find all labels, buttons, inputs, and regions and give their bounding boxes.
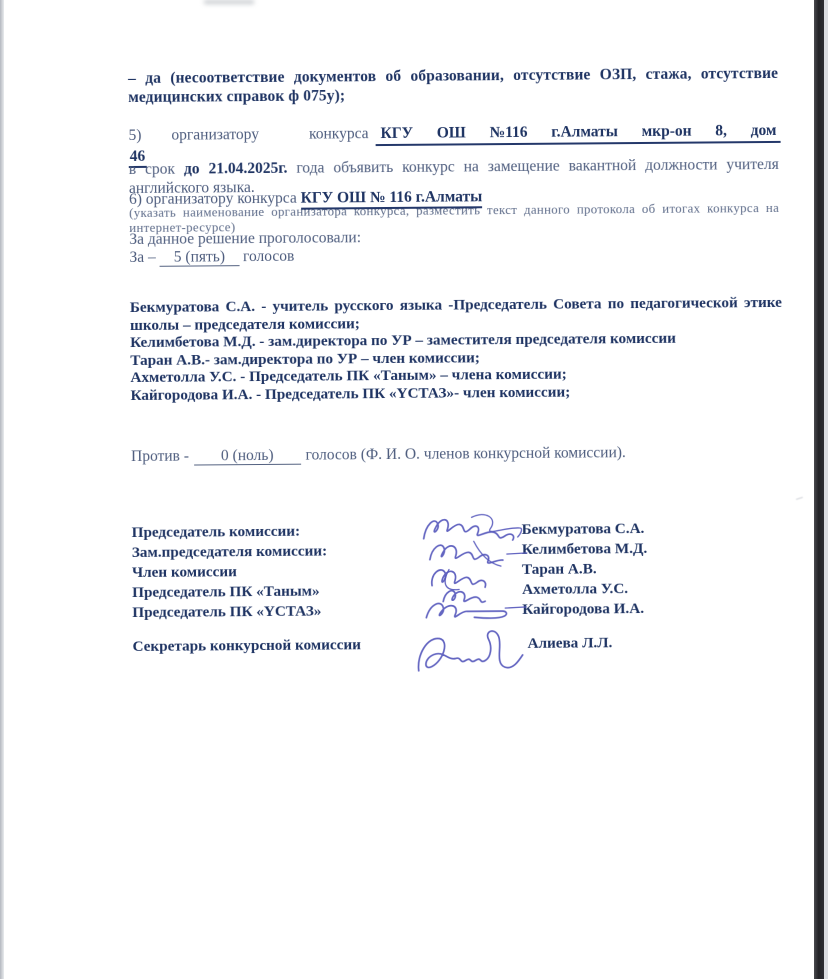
- org-word: ОШ: [437, 123, 466, 142]
- vote-for-count-underline: 5 (пять): [160, 248, 239, 267]
- deadline-pre: в срок: [129, 161, 184, 178]
- rejection-note: – да (несоответствие документов об образ…: [128, 64, 778, 107]
- vote-for-pre: За –: [129, 249, 155, 266]
- signature-dash: [505, 607, 526, 608]
- signature-dash: [507, 553, 527, 554]
- document-body: – да (несоответствие документов об образ…: [128, 62, 787, 967]
- scan-edge-right-light: [824, 0, 828, 979]
- vote-intro-line: За данное решение проголосовали:: [129, 228, 361, 249]
- scan-edge-right-dark: [814, 0, 824, 979]
- signature-stroke: [445, 569, 459, 589]
- vote-against-line: Против -0 (ноль)голосов (Ф. И. О. членов…: [131, 442, 781, 466]
- signer-label: Председатель комиссии:: [132, 523, 301, 541]
- item-5-word: конкурса: [309, 124, 369, 143]
- member-row: Кайгородова И.А. - Председатель ПК «ҮСТА…: [131, 382, 783, 405]
- org-word: №116: [490, 123, 528, 142]
- vote-against-count-underline: 0 (ноль): [194, 447, 301, 466]
- vote-for-line: За –5 (пять)голосов: [129, 247, 294, 267]
- handwritten-signatures-ink: [413, 509, 654, 691]
- item-5-number: 5): [128, 126, 141, 145]
- signer-label: Председатель ПК «Таным»: [132, 583, 320, 601]
- scanned-document-page: { "page": { "background": "#ffffff", "in…: [0, 0, 828, 979]
- deadline-date: до 21.04.2025г.: [184, 160, 288, 178]
- org-word: 8,: [715, 121, 727, 140]
- organizer-name-underlined: КГУ ОШ №116 г.Алматы мкр-он 8, дом: [375, 121, 780, 146]
- secretary-label: Секретарь конкурсной комиссии: [132, 636, 361, 655]
- signer-label: Член комиссии: [132, 563, 237, 581]
- item-5-word: организатору: [171, 125, 259, 145]
- org-word: КГУ: [380, 124, 413, 143]
- signature-stroke: [443, 590, 485, 602]
- scan-edge-left: [0, 0, 4, 979]
- vote-against-post: голосов (Ф. И. О. членов конкурсной коми…: [306, 444, 626, 464]
- item-5-line: 5) организатору конкурса КГУ ОШ №116 г.А…: [128, 121, 780, 148]
- scan-smudge-top: [204, 0, 254, 4]
- vote-for-post: голосов: [243, 248, 294, 265]
- signature-stroke: [426, 603, 506, 619]
- signer-label: Зам.председателя комиссии:: [132, 542, 327, 561]
- signer-label: Председатель ПК «ҮСТАЗ»: [132, 603, 321, 621]
- org-word: г.Алматы: [551, 122, 618, 142]
- vote-against-pre: Против -: [131, 448, 189, 465]
- org-word: мкр-он: [642, 122, 692, 141]
- commission-members-list: Бекмуратова С.А. - учитель русского язык…: [130, 294, 783, 405]
- org-word: дом: [751, 121, 777, 140]
- signature-stroke: [418, 631, 523, 671]
- scan-speck: [794, 491, 803, 500]
- signature-stroke: [430, 545, 503, 564]
- member-row: Бекмуратова С.А. - учитель русского язык…: [130, 294, 782, 334]
- signature-stroke: [432, 570, 486, 588]
